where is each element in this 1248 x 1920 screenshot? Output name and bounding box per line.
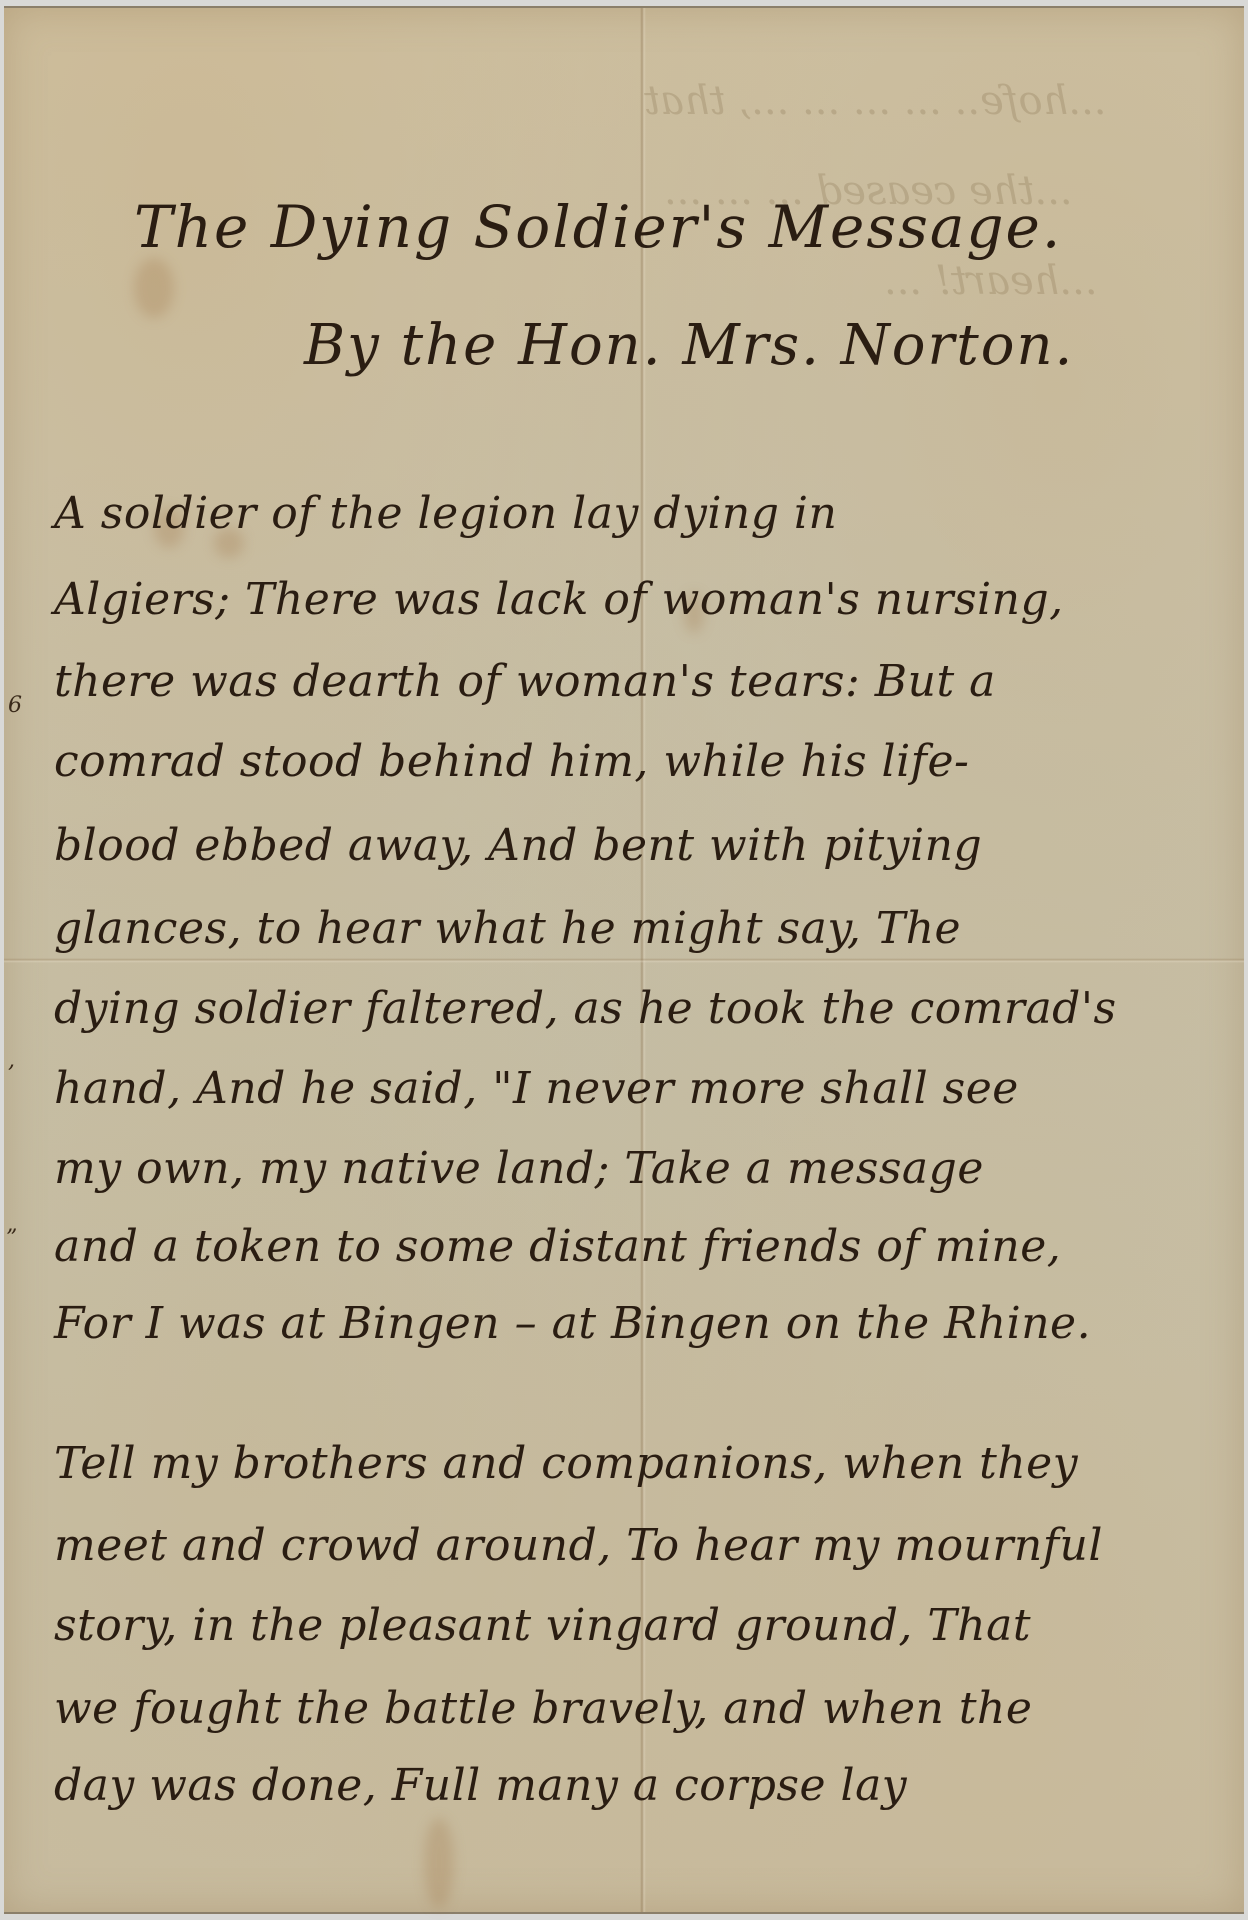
ink-stain xyxy=(424,1818,454,1908)
text-line: day was done, Full many a corpse lay xyxy=(54,1760,907,1811)
manuscript-page: ...hofe.. ... ... ... ..., that ...the c… xyxy=(4,6,1244,1914)
text-line: glances, to hear what he might say, The xyxy=(54,903,961,954)
horizontal-fold-crease xyxy=(4,958,1244,963)
ink-stain xyxy=(134,258,174,318)
text-line: we fought the battle bravely, and when t… xyxy=(54,1683,1032,1734)
text-line: Algiers; There was lack of woman's nursi… xyxy=(54,574,1064,625)
text-line: comrad stood behind him, while his life- xyxy=(54,736,969,787)
document-title: The Dying Soldier's Message. xyxy=(134,193,1062,261)
text-line: and a token to some distant friends of m… xyxy=(54,1221,1061,1272)
text-line: Tell my brothers and companions, when th… xyxy=(54,1438,1078,1489)
text-line: story, in the pleasant vingard ground, T… xyxy=(54,1600,1031,1651)
text-line: my own, my native land; Take a message xyxy=(54,1143,984,1194)
bleed-through-text: ...heart! ... xyxy=(884,258,1098,304)
margin-mark: ” xyxy=(6,1226,17,1251)
text-line: hand, And he said, "I never more shall s… xyxy=(54,1063,1019,1114)
text-line: meet and crowd around, To hear my mournf… xyxy=(54,1520,1103,1571)
margin-mark: 6 xyxy=(8,693,22,718)
margin-mark: , xyxy=(8,1048,15,1073)
text-line: there was dearth of woman's tears: But a xyxy=(54,656,996,707)
text-line: For I was at Bingen – at Bingen on the R… xyxy=(54,1298,1091,1349)
text-line: dying soldier faltered, as he took the c… xyxy=(54,983,1117,1034)
document-byline: By the Hon. Mrs. Norton. xyxy=(304,313,1074,378)
text-line: blood ebbed away, And bent with pitying xyxy=(54,820,982,871)
bleed-through-text: ...hofe.. ... ... ... ..., that xyxy=(644,78,1107,124)
text-line: A soldier of the legion lay dying in xyxy=(54,488,837,539)
